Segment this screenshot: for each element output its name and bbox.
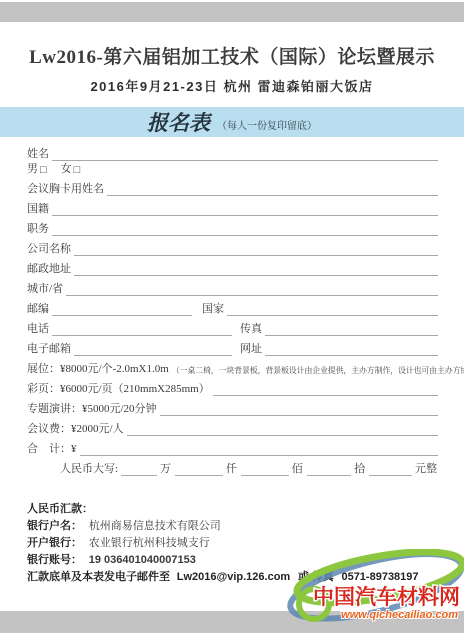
phone-cell: 电话 [27,320,232,336]
position-input-line[interactable] [52,222,438,236]
website-label: 网址 [240,340,262,356]
badge-name-row: 会议胸卡用姓名 [27,182,438,196]
name-input-line[interactable] [52,147,438,161]
send-note-prefix: 汇款底单及本表发电子邮件至 [27,571,170,583]
form-title: 报名表 [147,107,210,137]
unit-bai-label: 佰 [292,460,303,476]
female-label: 女 [61,160,72,176]
rmb-wan-input-line[interactable] [121,462,157,476]
postal-address-label: 邮政地址 [27,260,71,276]
website-input-line[interactable] [265,342,438,356]
conference-fee-input-line[interactable] [127,422,438,436]
male-checkbox[interactable]: □ [40,164,47,176]
city-province-label: 城市/省 [27,280,63,296]
speech-input-line[interactable] [160,402,438,416]
rmb-shi-input-line[interactable] [307,462,351,476]
email-cell: 电子邮箱 [27,340,232,356]
total-row: 合 计：¥ [27,442,438,456]
fax-label: 传真 [240,320,262,336]
position-label: 职务 [27,220,49,236]
conference-fee-label: 会议费：¥2000元/人 [27,420,124,436]
event-title: Lw2016-第六届铝加工技术（国际）论坛暨展示 [0,42,464,69]
name-row: 姓名 [27,147,438,161]
email-input-line[interactable] [74,342,232,356]
position-row: 职务 [27,222,438,236]
account-number-value: 19 036401040007153 [89,554,196,566]
account-name-label: 银行户名： [27,520,82,532]
rmb-words-label: 人民币大写: [60,460,118,476]
company-row: 公司名称 [27,242,438,256]
event-date-venue: 2016年9月21-23日 杭州 雷迪森铂丽大饭店 [0,76,464,95]
rmb-words-row: 人民币大写: 万 仟 佰 拾 元整 [27,462,438,476]
nationality-label: 国籍 [27,200,49,216]
name-label: 姓名 [27,145,49,161]
unit-wan-label: 万 [160,460,171,476]
rmb-remittance-heading: 人民币汇款： [27,500,438,512]
city-province-input-line[interactable] [66,282,438,296]
booth-label: 展位：¥8000元/个-2.0mX1.0m [27,360,169,376]
total-input-line[interactable] [80,442,439,456]
conference-fee-row: 会议费：¥2000元/人 [27,422,438,436]
account-name-row: 银行户名： 杭州商易信息技术有限公司 [27,517,438,529]
zip-label: 邮编 [27,300,49,316]
color-page-label: 彩页：¥6000元/页（210mmX285mm） [27,380,210,396]
color-page-row: 彩页：¥6000元/页（210mmX285mm） [27,382,438,396]
zip-country-row: 邮编 国家 [27,302,438,316]
top-gray-bar [0,2,464,22]
watermark-site-name: 中国汽车材料网 [313,585,460,609]
rmb-yuan-input-line[interactable] [369,462,412,476]
male-label: 男 [27,160,38,176]
female-checkbox[interactable]: □ [74,164,81,176]
fax-input-line[interactable] [265,322,438,336]
company-input-line[interactable] [74,242,438,256]
color-page-input-line[interactable] [213,382,438,396]
country-input-line[interactable] [227,302,438,316]
bank-value: 农业银行杭州科技城支行 [89,537,210,549]
registration-form: 姓名 男 □ 女 □ 会议胸卡用姓名 国籍 职务 公司名称 邮政地址 [27,147,438,482]
email-website-row: 电子邮箱 网址 [27,342,438,356]
email-label: 电子邮箱 [27,340,71,356]
badge-name-label: 会议胸卡用姓名 [27,180,104,196]
send-email-address: Lw2016@vip.126.com [177,571,290,583]
country-label: 国家 [202,300,224,316]
form-title-note: （每人一份复印留底） [217,113,317,132]
speech-label: 专题演讲：¥5000元/20分钟 [27,400,157,416]
document-header: Lw2016-第六届铝加工技术（国际）论坛暨展示 2016年9月21-23日 杭… [0,42,464,95]
site-watermark-logo: 中国汽车材料网 www.qichecailiao.com [280,549,464,629]
form-title-banner: 报名表 （每人一份复印留底） [0,107,464,137]
unit-yuan-label: 元整 [415,460,437,476]
account-name-value: 杭州商易信息技术有限公司 [89,520,221,532]
speech-row: 专题演讲：¥5000元/20分钟 [27,402,438,416]
phone-fax-row: 电话 传真 [27,322,438,336]
booth-note: （一桌二椅，一块背景板，背景板设计由企业提供，主办方制作，设计也可由主办方协助） [172,365,464,376]
booth-row: 展位：¥8000元/个-2.0mX1.0m （一桌二椅，一块背景板，背景板设计由… [27,362,438,376]
zip-cell: 邮编 [27,300,192,316]
zip-input-line[interactable] [52,302,192,316]
city-province-row: 城市/省 [27,282,438,296]
unit-qian-label: 仟 [226,460,237,476]
gender-row: 男 □ 女 □ [27,162,438,176]
total-label: 合 计：¥ [27,440,77,456]
bank-row: 开户银行： 农业银行杭州科技城支行 [27,534,438,546]
company-label: 公司名称 [27,240,71,256]
registration-form-page: Lw2016-第六届铝加工技术（国际）论坛暨展示 2016年9月21-23日 杭… [0,0,464,633]
nationality-input-line[interactable] [52,202,438,216]
unit-shi-label: 拾 [354,460,365,476]
watermark-site-url: www.qichecailiao.com [341,609,458,621]
badge-name-input-line[interactable] [107,182,438,196]
postal-address-row: 邮政地址 [27,262,438,276]
phone-input-line[interactable] [52,322,232,336]
postal-address-input-line[interactable] [74,262,438,276]
phone-label: 电话 [27,320,49,336]
bank-label: 开户银行： [27,537,82,549]
account-number-label: 银行账号： [27,554,82,566]
rmb-qian-input-line[interactable] [175,462,223,476]
nationality-row: 国籍 [27,202,438,216]
rmb-bai-input-line[interactable] [241,462,289,476]
